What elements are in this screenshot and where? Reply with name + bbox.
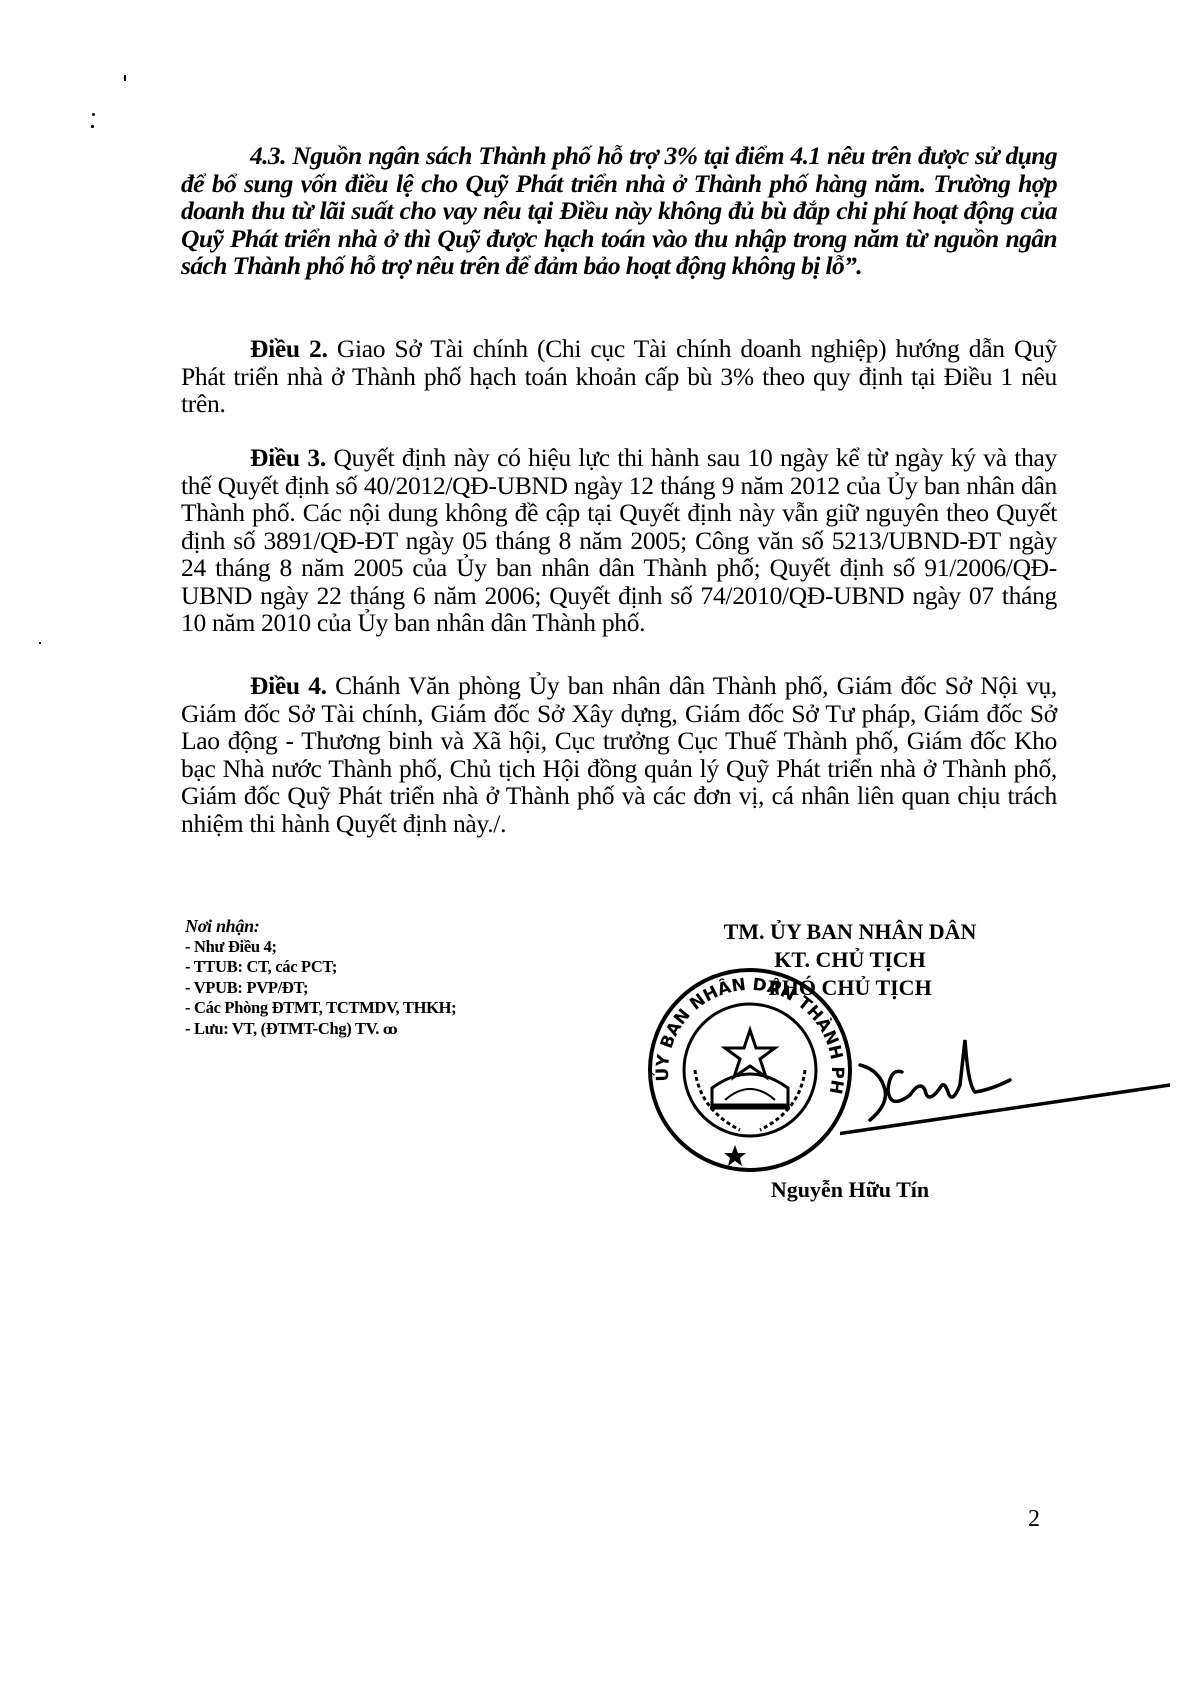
signer-name: Nguyễn Hữu Tín xyxy=(700,1177,1000,1203)
article-3-text: Quyết định này có hiệu lực thi hành sau … xyxy=(181,443,1057,637)
handwritten-signature-icon xyxy=(840,1010,1170,1160)
scan-speck xyxy=(92,113,95,116)
scan-speck xyxy=(124,75,126,81)
recipients-title: Nơi nhận: xyxy=(185,916,456,937)
recipients-list: Nơi nhận: - Như Điều 4; - TTUB: CT, các … xyxy=(185,916,456,1041)
article-2: Điều 2. Giao Sở Tài chính (Chi cục Tài c… xyxy=(181,335,1057,418)
article-4-label: Điều 4. xyxy=(250,671,327,700)
official-seal-icon: ỦY BAN NHÂN DÂN THÀNH PHỐ xyxy=(640,960,860,1180)
initials-scribble-icon: ꝏ xyxy=(383,1021,401,1042)
recipient-item: - TTUB: CT, các PCT; xyxy=(185,957,456,978)
article-4: Điều 4. Chánh Văn phòng Ủy ban nhân dân … xyxy=(181,672,1057,837)
recipient-item: - VPUB: PVP/ĐT; xyxy=(185,978,456,999)
page-number: 2 xyxy=(1028,1506,1040,1533)
article-3-label: Điều 3. xyxy=(250,443,326,472)
document-page: 4.3. Nguồn ngân sách Thành phố hỗ trợ 3%… xyxy=(0,0,1192,1689)
scan-speck xyxy=(39,642,41,644)
recipient-item: - Như Điều 4; xyxy=(185,937,456,958)
article-2-label: Điều 2. xyxy=(250,334,328,363)
recipient-item: - Các Phòng ĐTMT, TCTMDV, THKH; xyxy=(185,998,456,1019)
article-3: Điều 3. Quyết định này có hiệu lực thi h… xyxy=(181,444,1057,637)
recipient-item: - Lưu: VT, (ĐTMT-Chg) TV. ꝏ xyxy=(185,1019,456,1042)
signature-line-1: TM. ỦY BAN NHÂN DÂN xyxy=(640,918,1060,946)
paragraph-4-3: 4.3. Nguồn ngân sách Thành phố hỗ trợ 3%… xyxy=(181,142,1057,280)
scan-speck xyxy=(91,125,94,128)
